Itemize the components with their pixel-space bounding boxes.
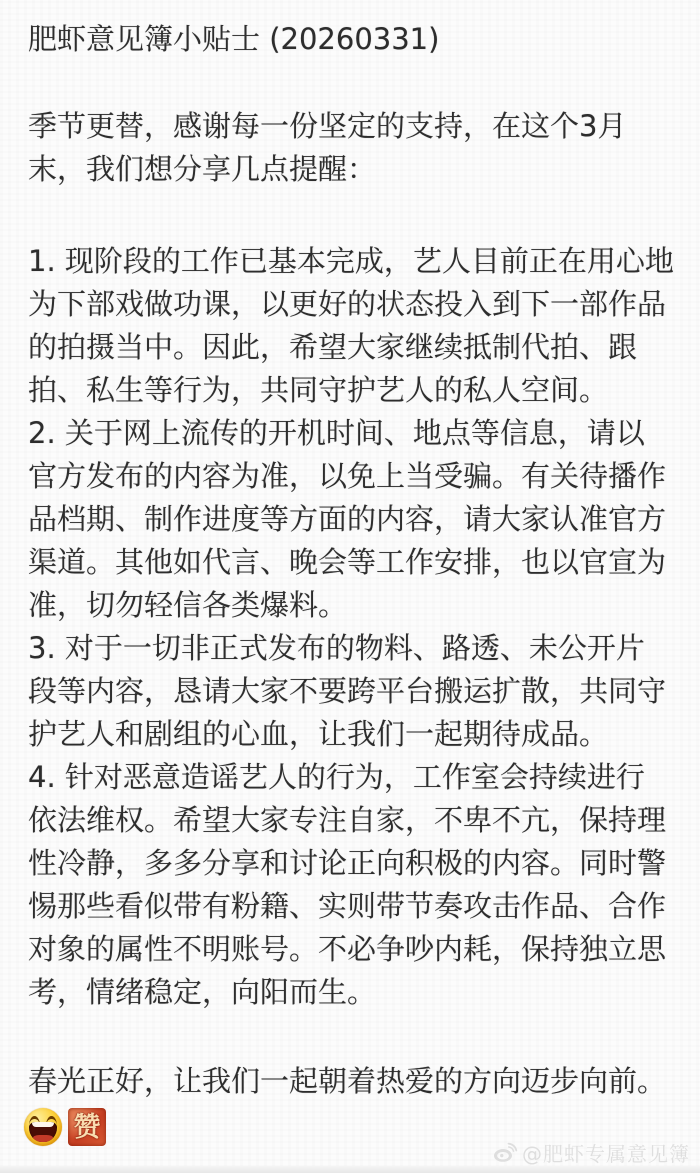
intro-paragraph: 季节更替，感谢每一份坚定的支持，在这个3月 末，我们想分享几点提醒： bbox=[28, 105, 680, 191]
closing-paragraph: 春光正好，让我们一起朝着热爱的方向迈步向前。 bbox=[28, 1060, 680, 1103]
notice-item-2: 2. 关于网上流传的开机时间、地点等信息，请以 官方发布的内容为准，以免上当受骗… bbox=[28, 412, 680, 627]
watermark-text: @肥虾专属意见簿 bbox=[522, 1138, 690, 1167]
notice-item-3: 3. 对于一切非正式发布的物料、路透、未公开片 段等内容，恳请大家不要跨平台搬运… bbox=[28, 627, 680, 756]
notice-item-1: 1. 现阶段的工作已基本完成，艺人目前正在用心地 为下部戏做功课，以更好的状态投… bbox=[28, 240, 680, 412]
zan-stamp-emoji: 赞 bbox=[68, 1108, 106, 1146]
post-image: 肥虾意见簿小贴士 (20260331) 季节更替，感谢每一份坚定的支持，在这个3… bbox=[0, 0, 700, 1173]
weibo-watermark: @肥虾专属意见簿 bbox=[492, 1138, 690, 1167]
bottom-edge-strip bbox=[0, 1166, 700, 1173]
weibo-logo-icon bbox=[492, 1142, 518, 1164]
laughing-face-emoji bbox=[24, 1108, 62, 1146]
page-title: 肥虾意见簿小贴士 (20260331) bbox=[28, 18, 680, 61]
post-content: 肥虾意见簿小贴士 (20260331) 季节更替，感谢每一份坚定的支持，在这个3… bbox=[0, 0, 700, 1147]
notice-list: 1. 现阶段的工作已基本完成，艺人目前正在用心地 为下部戏做功课，以更好的状态投… bbox=[28, 240, 680, 1014]
notice-item-4: 4. 针对恶意造谣艺人的行为，工作室会持续进行 依法维权。希望大家专注自家，不卑… bbox=[28, 756, 680, 1014]
emoji-mouth bbox=[29, 1122, 57, 1142]
